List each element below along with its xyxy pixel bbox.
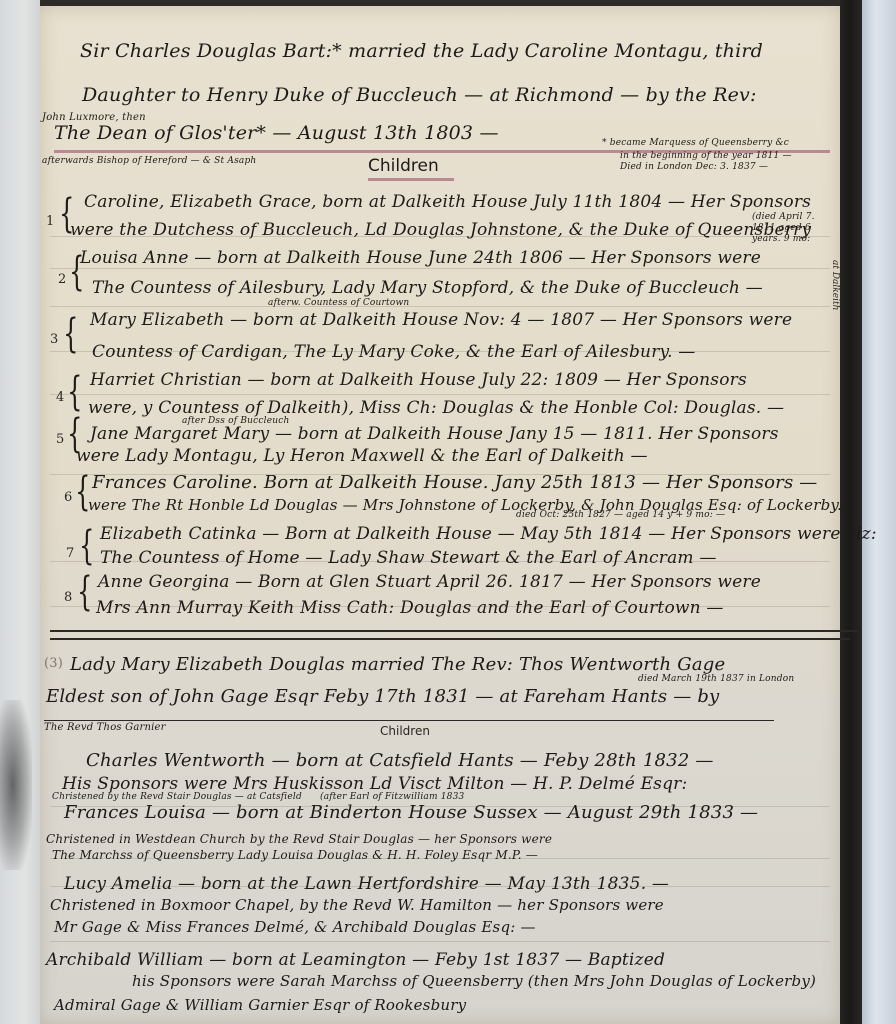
gage-child2-line1: Frances Louisa — born at Binderton House… [64,802,758,823]
ruled-line [50,306,830,307]
gage-child1-note2: (after Earl of Fitzwilliam 1833 [320,792,464,802]
gage-child2-line3: The Marchss of Queensberry Lady Louisa D… [52,848,538,862]
gage-child1-note1: Christened by the Revd Stair Douglas — a… [52,792,302,802]
footnote-line3: Died in London Dec: 3. 1837 — [620,162,768,172]
child6-line1: Frances Caroline. Born at Dalkeith House… [92,472,818,493]
child-number: 8 [64,590,72,605]
marriage2-underline [44,720,774,721]
children-heading: Children [368,156,439,176]
child1-margin-note: at Dalkeith [830,260,840,310]
child-number: 6 [64,490,72,505]
marriage2-marker: (3) [44,656,63,671]
child8-line1: Anne Georgina — Born at Glen Stuart Apri… [98,572,761,592]
child-number: 1 [46,214,54,229]
child1-line1: Caroline, Elizabeth Grace, born at Dalke… [84,192,811,212]
child1-note: (died April 7. 1811 aged 6 years. 9 mo: [752,212,840,245]
gage-child2-line2: Christened in Westdean Church by the Rev… [46,832,552,846]
register-page: Sir Charles Douglas Bart:* married the L… [40,6,840,1024]
child3-line1: Mary Elizabeth — born at Dalkeith House … [90,310,792,330]
child2-line1: Louisa Anne — born at Dalkeith House Jun… [80,248,761,268]
marriage2-line3: The Revd Thos Garnier [44,722,166,733]
gage-child1-line1: Charles Wentworth — born at Catsfield Ha… [86,750,714,771]
ink-smudge [0,700,32,870]
marriage2-line1: Lady Mary Elizabeth Douglas married The … [70,654,725,675]
ruled-line [50,941,830,942]
child5-line1: Jane Margaret Mary — born at Dalkeith Ho… [90,424,779,444]
child4-line2: were, y Countess of Dalkeith), Miss Ch: … [88,398,784,418]
child2-line2: The Countess of Ailesbury, Lady Mary Sto… [92,278,763,298]
child3-line2: Countess of Cardigan, The Ly Mary Coke, … [92,342,696,362]
child2-note: afterw. Countess of Courtown [268,298,409,308]
children-underline [368,178,454,181]
gage-child3-line1: Lucy Amelia — born at the Lawn Hertfords… [64,874,669,894]
gage-child4-line2: his Sponsors were Sarah Marchss of Queen… [132,972,816,990]
brace-icon: { [77,572,92,612]
gage-child4-line1: Archibald William — born at Leamington —… [46,950,665,970]
marriage1-line1: Sir Charles Douglas Bart:* married the L… [80,40,763,62]
gage-child1-line2: His Sponsors were Mrs Huskisson Ld Visct… [62,774,687,794]
child6-note: died Oct: 25th 1827 — aged 14 y + 9 mo: … [516,510,725,520]
section-divider-bottom [50,638,850,640]
marriage1-line3: The Dean of Glos'ter* — August 13th 1803… [54,122,499,144]
child-number: 3 [50,332,58,347]
gage-child3-line3: Mr Gage & Miss Frances Delmé, & Archibal… [54,918,536,936]
child-number: 4 [56,390,64,405]
gage-child3-line2: Christened in Boxmoor Chapel, by the Rev… [50,896,664,914]
ruled-line [50,268,830,269]
child6-line2: were The Rt Honble Ld Douglas — Mrs John… [88,496,842,514]
footnote-line1: * became Marquess of Queensberry &c [602,138,789,148]
child-number: 7 [66,546,74,561]
ruled-line [50,394,830,395]
child-number: 2 [58,272,66,287]
footnote-line2: in the beginning of the year 1811 — [620,151,792,161]
child7-line2: The Countess of Home — Lady Shaw Stewart… [100,548,717,568]
child5-line2: were Lady Montagu, Ly Heron Maxwell & th… [76,446,648,466]
brace-icon: { [67,372,82,412]
marriage2-note: died March 19th 1837 in London [638,674,794,684]
right-page-edge [862,0,896,1024]
child8-line2: Mrs Ann Murray Keith Miss Cath: Douglas … [96,598,724,618]
section-divider-top [50,630,858,632]
brace-icon: { [79,526,94,566]
children-heading-2: Children [380,724,430,738]
marriage1-note: afterwards Bishop of Hereford — & St Asa… [42,156,256,166]
child1-line2: were the Dutchess of Buccleuch, Ld Dougl… [70,220,811,240]
brace-icon: { [63,314,78,354]
child4-line1: Harriet Christian — born at Dalkeith Hou… [90,370,747,390]
marriage2-line2: Eldest son of John Gage Esqr Feby 17th 1… [46,686,719,707]
left-page-edge [0,0,42,1024]
child-number: 5 [56,432,64,447]
gage-child4-line3: Admiral Gage & William Garnier Esqr of R… [54,996,466,1014]
child7-line1: Elizabeth Catinka — Born at Dalkeith Hou… [100,524,877,544]
marriage1-line2: Daughter to Henry Duke of Buccleuch — at… [82,84,757,106]
